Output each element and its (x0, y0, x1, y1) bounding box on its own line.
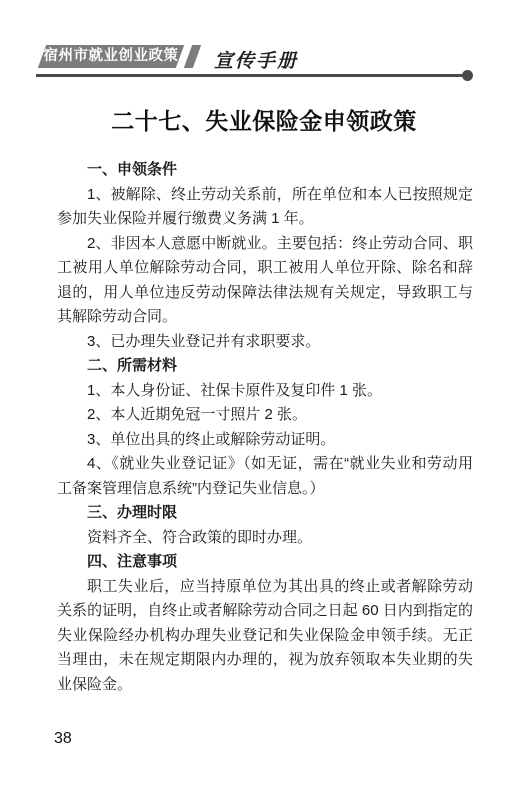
section-3-heading: 三、办理时限 (57, 501, 473, 526)
badge-stripe (184, 45, 201, 68)
document-page: 宿州市就业创业政策 宣传手册 二十七、失业保险金申领政策 一、申领条件 1、被解… (0, 0, 528, 793)
header-rule-dot (462, 70, 473, 81)
page-number: 38 (54, 730, 72, 748)
section-2-paragraph-2: 2、本人近期免冠一寸照片 2 张。 (57, 403, 473, 428)
section-1-heading: 一、申领条件 (57, 158, 473, 183)
section-2-paragraph-4: 4、《就业失业登记证》（如无证，需在“就业失业和劳动用工备案管理信息系统”内登记… (57, 452, 473, 501)
series-title: 宿州市就业创业政策 (42, 45, 180, 68)
section-1-paragraph-3: 3、已办理失业登记并有求职要求。 (57, 330, 473, 355)
content-body: 一、申领条件 1、被解除、终止劳动关系前，所在单位和本人已按照规定参加失业保险并… (57, 158, 473, 697)
section-2-paragraph-3: 3、单位出具的终止或解除劳动证明。 (57, 428, 473, 453)
header-rule (36, 74, 466, 77)
handbook-title: 宣传手册 (214, 46, 298, 73)
page-title: 二十七、失业保险金申领政策 (0, 103, 528, 136)
section-2-paragraph-1: 1、本人身份证、社保卡原件及复印件 1 张。 (57, 379, 473, 404)
section-2-heading: 二、所需材料 (57, 354, 473, 379)
section-1-paragraph-1: 1、被解除、终止劳动关系前，所在单位和本人已按照规定参加失业保险并履行缴费义务满… (57, 183, 473, 232)
section-4-paragraph-1: 职工失业后，应当持原单位为其出具的终止或者解除劳动关系的证明，自终止或者解除劳动… (57, 575, 473, 698)
section-3-paragraph-1: 资料齐全、符合政策的即时办理。 (57, 526, 473, 551)
section-1-paragraph-2: 2、非因本人意愿中断就业。主要包括：终止劳动合同、职工被用人单位解除劳动合同，职… (57, 232, 473, 330)
section-4-heading: 四、注意事项 (57, 550, 473, 575)
